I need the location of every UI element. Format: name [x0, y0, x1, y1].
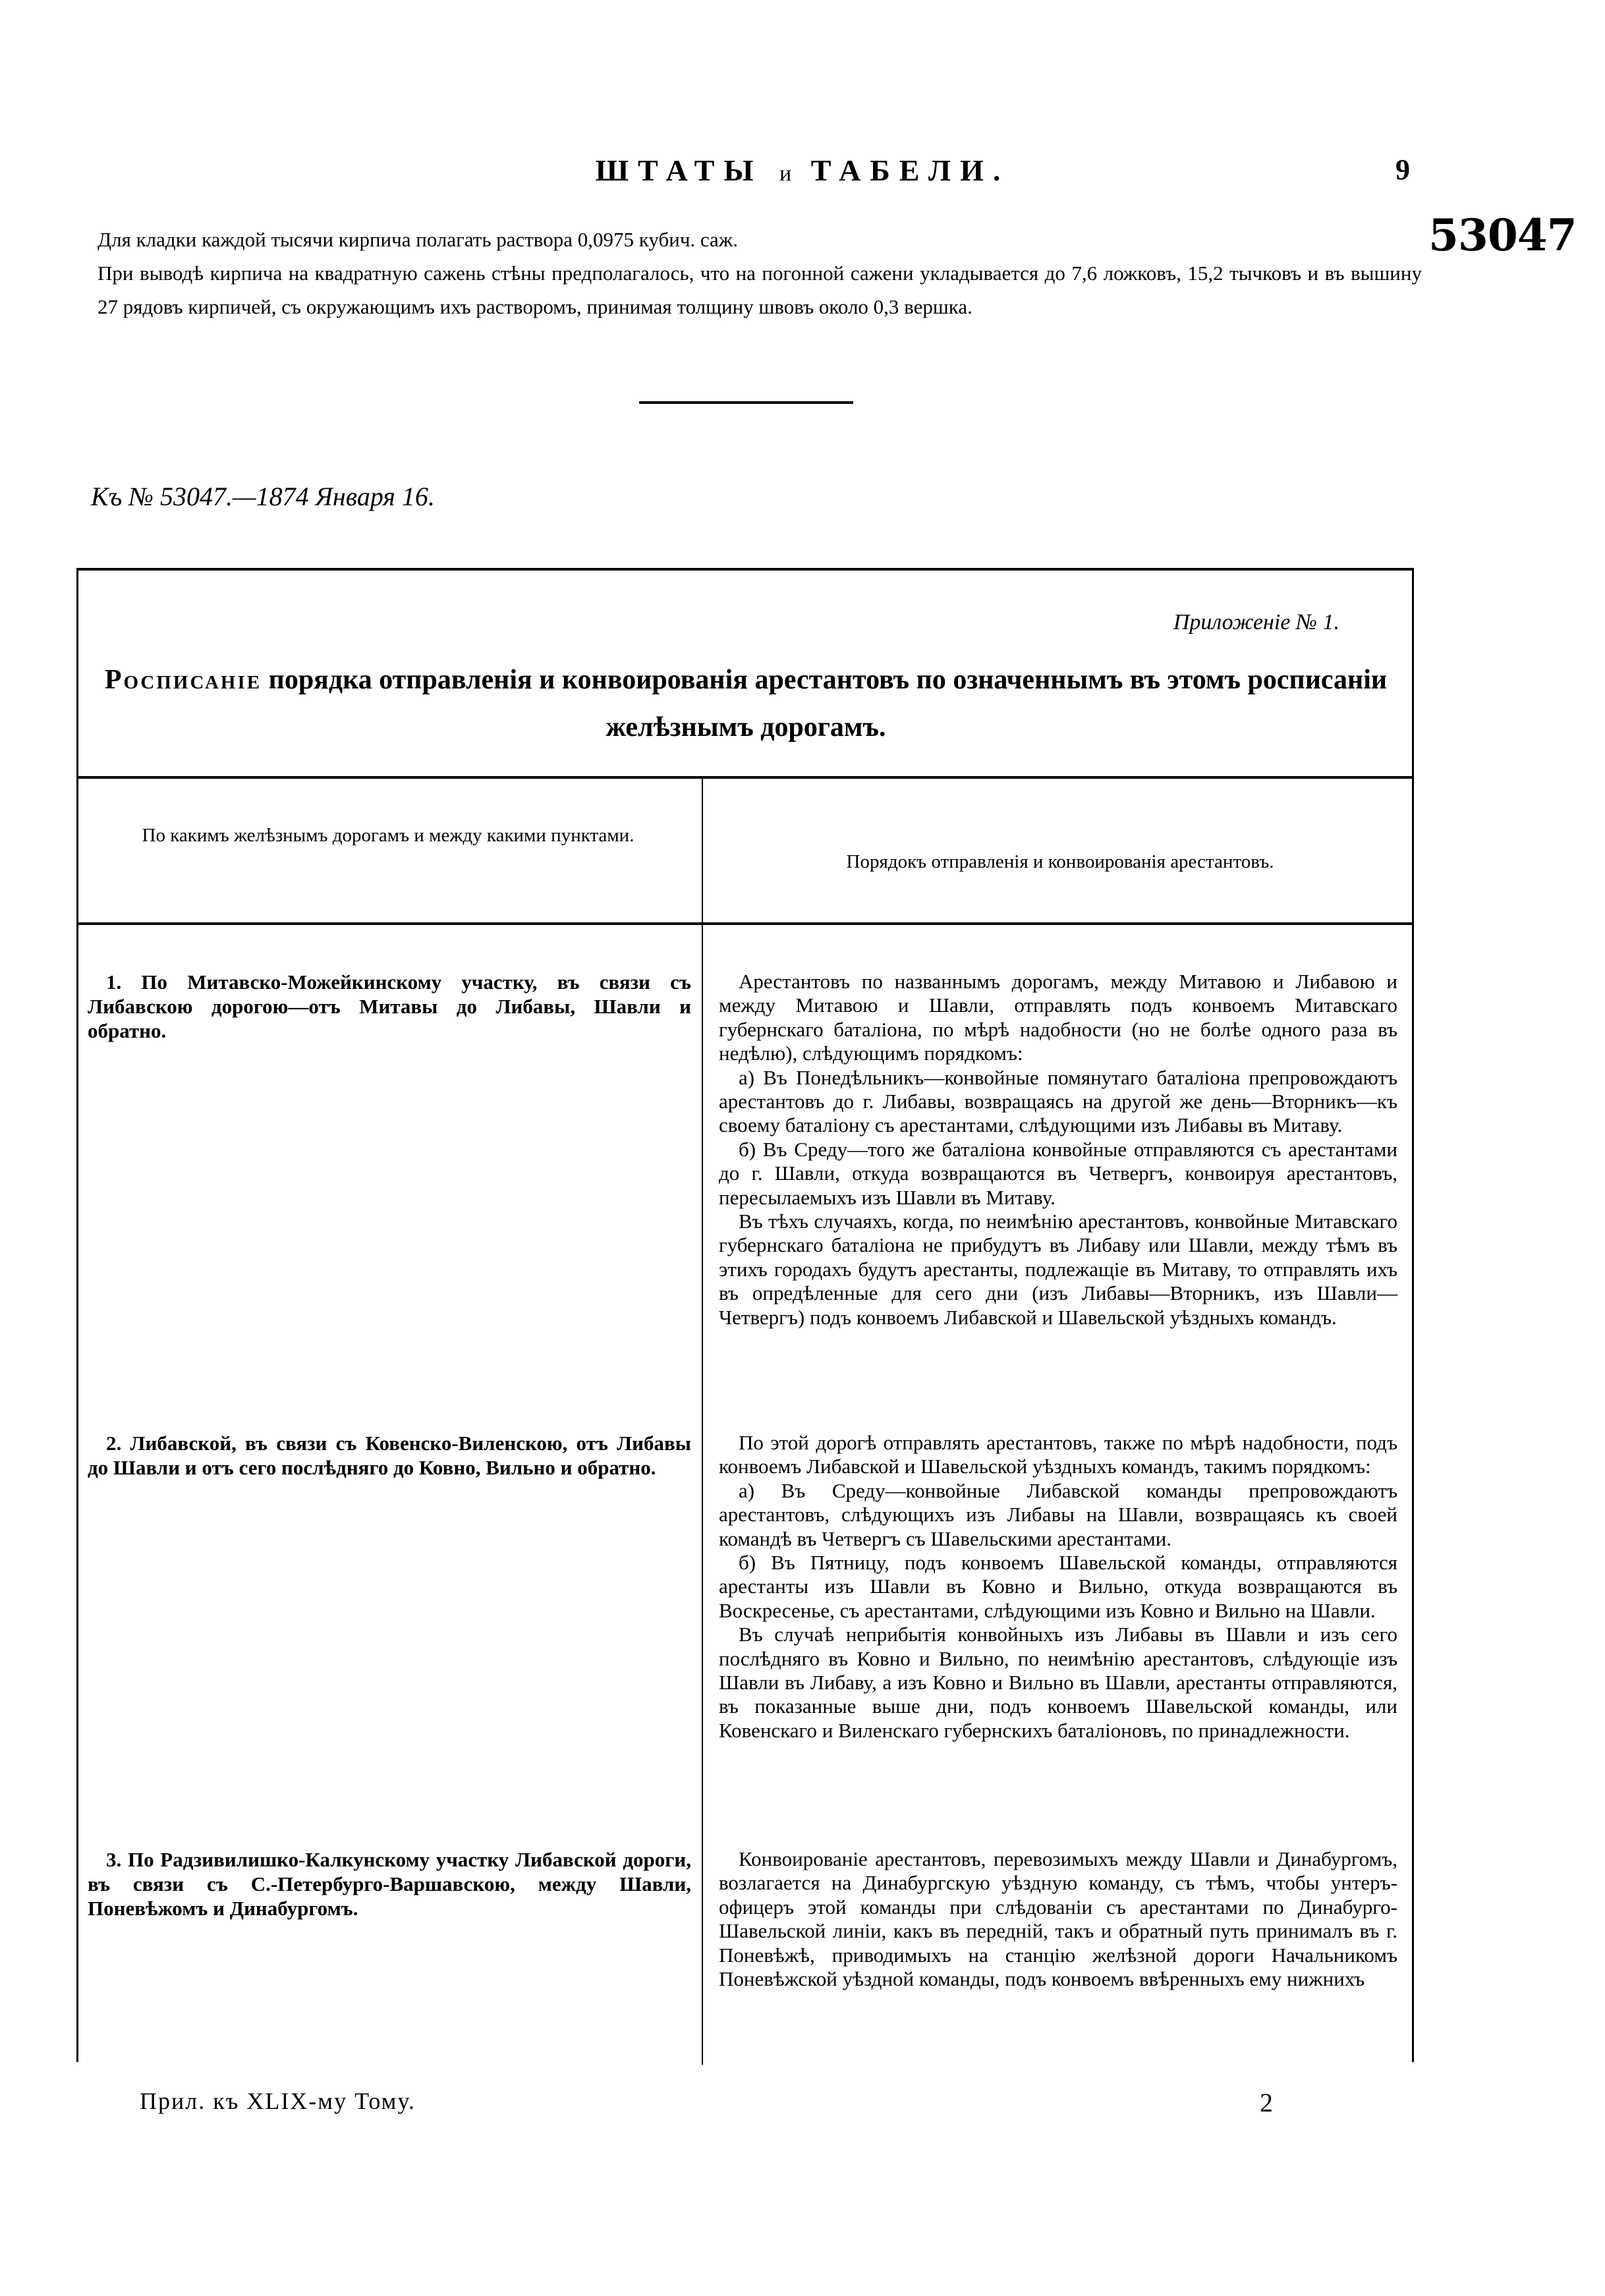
column-header-routes: По какимъ желѣзнымъ дорогамъ и между как… — [105, 814, 671, 856]
route-text: 1. По Митавско-Можейкинскому участку, въ… — [88, 970, 691, 1043]
order-paragraph: Въ тѣхъ случаяхъ, когда, по неимѣнію аре… — [719, 1210, 1397, 1330]
table-title-first-word: Росписаніе — [105, 665, 262, 695]
header-divider — [78, 922, 1412, 925]
table-row-3-order: Конвоированіе арестантовъ, перевозимыхъ … — [719, 1847, 1397, 1991]
table-row-2-order: По этой дорогѣ отправлять арестантовъ, т… — [719, 1431, 1397, 1743]
section-divider-rule — [639, 401, 853, 404]
table-row-3-route: 3. По Радзивилишко-Калкунскому участку Л… — [88, 1847, 691, 1920]
column-header-order: Порядокъ отправленія и конвоированія аре… — [711, 841, 1409, 883]
table-row-1-route: 1. По Митавско-Можейкинскому участку, въ… — [88, 970, 691, 1043]
appendix-label: Приложеніе № 1. — [74, 610, 1412, 635]
document-number: 53047 — [1428, 210, 1577, 261]
order-paragraph: Арестантовъ по названнымъ дорогамъ, межд… — [719, 970, 1397, 1066]
running-head-part2: и — [779, 161, 794, 186]
footer-volume-note: Прил. къ XLIX-му Тому. — [140, 2087, 416, 2115]
order-paragraph: Въ случаѣ неприбытія конвойныхъ изъ Либа… — [719, 1623, 1397, 1743]
page-number: 9 — [1395, 153, 1410, 186]
table-row-2-route: 2. Либавской, въ связи съ Ковенско-Вилен… — [88, 1431, 691, 1480]
title-divider — [78, 776, 1412, 779]
table-row-1-order: Арестантовъ по названнымъ дорогамъ, межд… — [719, 970, 1397, 1330]
table-title-rest: порядка отправленія и конвоированія арес… — [269, 665, 1388, 742]
running-head-part1: ШТАТЫ — [596, 154, 763, 187]
order-paragraph: По этой дорогѣ отправлять арестантовъ, т… — [719, 1431, 1397, 1479]
order-paragraph: б) Въ Среду—того же баталіона конвойные … — [719, 1138, 1397, 1210]
column-divider — [702, 777, 703, 2065]
route-text: 2. Либавской, въ связи съ Ковенско-Вилен… — [88, 1431, 691, 1480]
running-head: ШТАТЫ и ТАБЕЛИ. — [0, 153, 1605, 188]
table-title: Росписаніе порядка отправленія и конвоир… — [78, 656, 1413, 751]
intro-paragraph: Для кладки каждой тысячи кирпича полагат… — [98, 223, 1422, 256]
order-paragraph: а) Въ Понедѣльникъ—конвойные помянутаго … — [719, 1066, 1397, 1138]
order-paragraph: б) Въ Пятницу, подъ конвоемъ Шавельской … — [719, 1551, 1397, 1623]
schedule-table: Приложеніе № 1. Росписаніе порядка отпра… — [76, 568, 1414, 2062]
intro-paragraph: При выводѣ кирпича на квадратную сажень … — [67, 256, 1422, 323]
decree-reference: Къ № 53047.—1874 Января 16. — [91, 481, 435, 512]
order-paragraph: Конвоированіе арестантовъ, перевозимыхъ … — [719, 1847, 1397, 1991]
order-paragraph: а) Въ Среду—конвойные Либавской команды … — [719, 1479, 1397, 1551]
intro-text: Для кладки каждой тысячи кирпича полагат… — [98, 223, 1422, 323]
running-head-part3: ТАБЕЛИ. — [811, 154, 1010, 187]
route-text: 3. По Радзивилишко-Калкунскому участку Л… — [88, 1847, 691, 1920]
footer-signature-mark: 2 — [1260, 2087, 1273, 2118]
